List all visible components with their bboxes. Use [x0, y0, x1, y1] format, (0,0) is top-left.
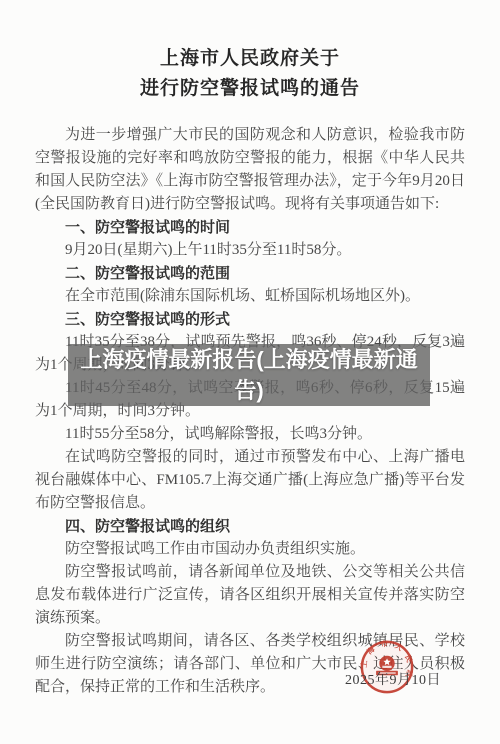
notice-body: 为进一步增强广大市民的国防观念和人防意识，检验我市防空警报设施的完好率和鸣放防空… [35, 124, 465, 699]
notice-paragraph: 9月20日(星期六)上午11时35分至11时58分。 [35, 239, 465, 262]
notice-paragraph: 防空警报试鸣前，请各新闻单位及地铁、公交等相关公共信息发布载体进行广泛宣传，请各… [35, 561, 465, 630]
watermark-title-overlay: 上海疫情最新报告(上海疫情最新通告) [68, 344, 430, 406]
notice-paragraph: 在全市范围(除浦东国际机场、虹桥国际机场地区外)。 [35, 285, 465, 308]
notice-heading-1: 一、防空警报试鸣的时间 [35, 216, 465, 239]
notice-heading-3: 三、防空警报试鸣的形式 [35, 308, 465, 331]
notice-title: 上海市人民政府关于 进行防空警报试鸣的通告 [35, 44, 465, 104]
notice-paragraph: 在试鸣防空警报的同时，通过市预警发布中心、上海广播电视台融媒体中心、FM105.… [35, 446, 465, 515]
notice-paragraph: 防空警报试鸣工作由市国动办负责组织实施。 [35, 538, 465, 561]
notice-paragraph: 为进一步增强广大市民的国防观念和人防意识，检验我市防空警报设施的完好率和鸣放防空… [35, 124, 465, 216]
notice-title-line2: 进行防空警报试鸣的通告 [35, 74, 465, 104]
watermark-title-text: 上海疫情最新报告(上海疫情最新通告) [78, 344, 420, 406]
notice-date: 2025年9月10日 [345, 672, 441, 689]
notice-title-line1: 上海市人民政府关于 [35, 44, 465, 74]
notice-heading-4: 四、防空警报试鸣的组织 [35, 515, 465, 538]
notice-heading-2: 二、防空警报试鸣的范围 [35, 262, 465, 285]
notice-paragraph: 11时55分至58分，试鸣解除警报，长鸣3分钟。 [35, 423, 465, 446]
